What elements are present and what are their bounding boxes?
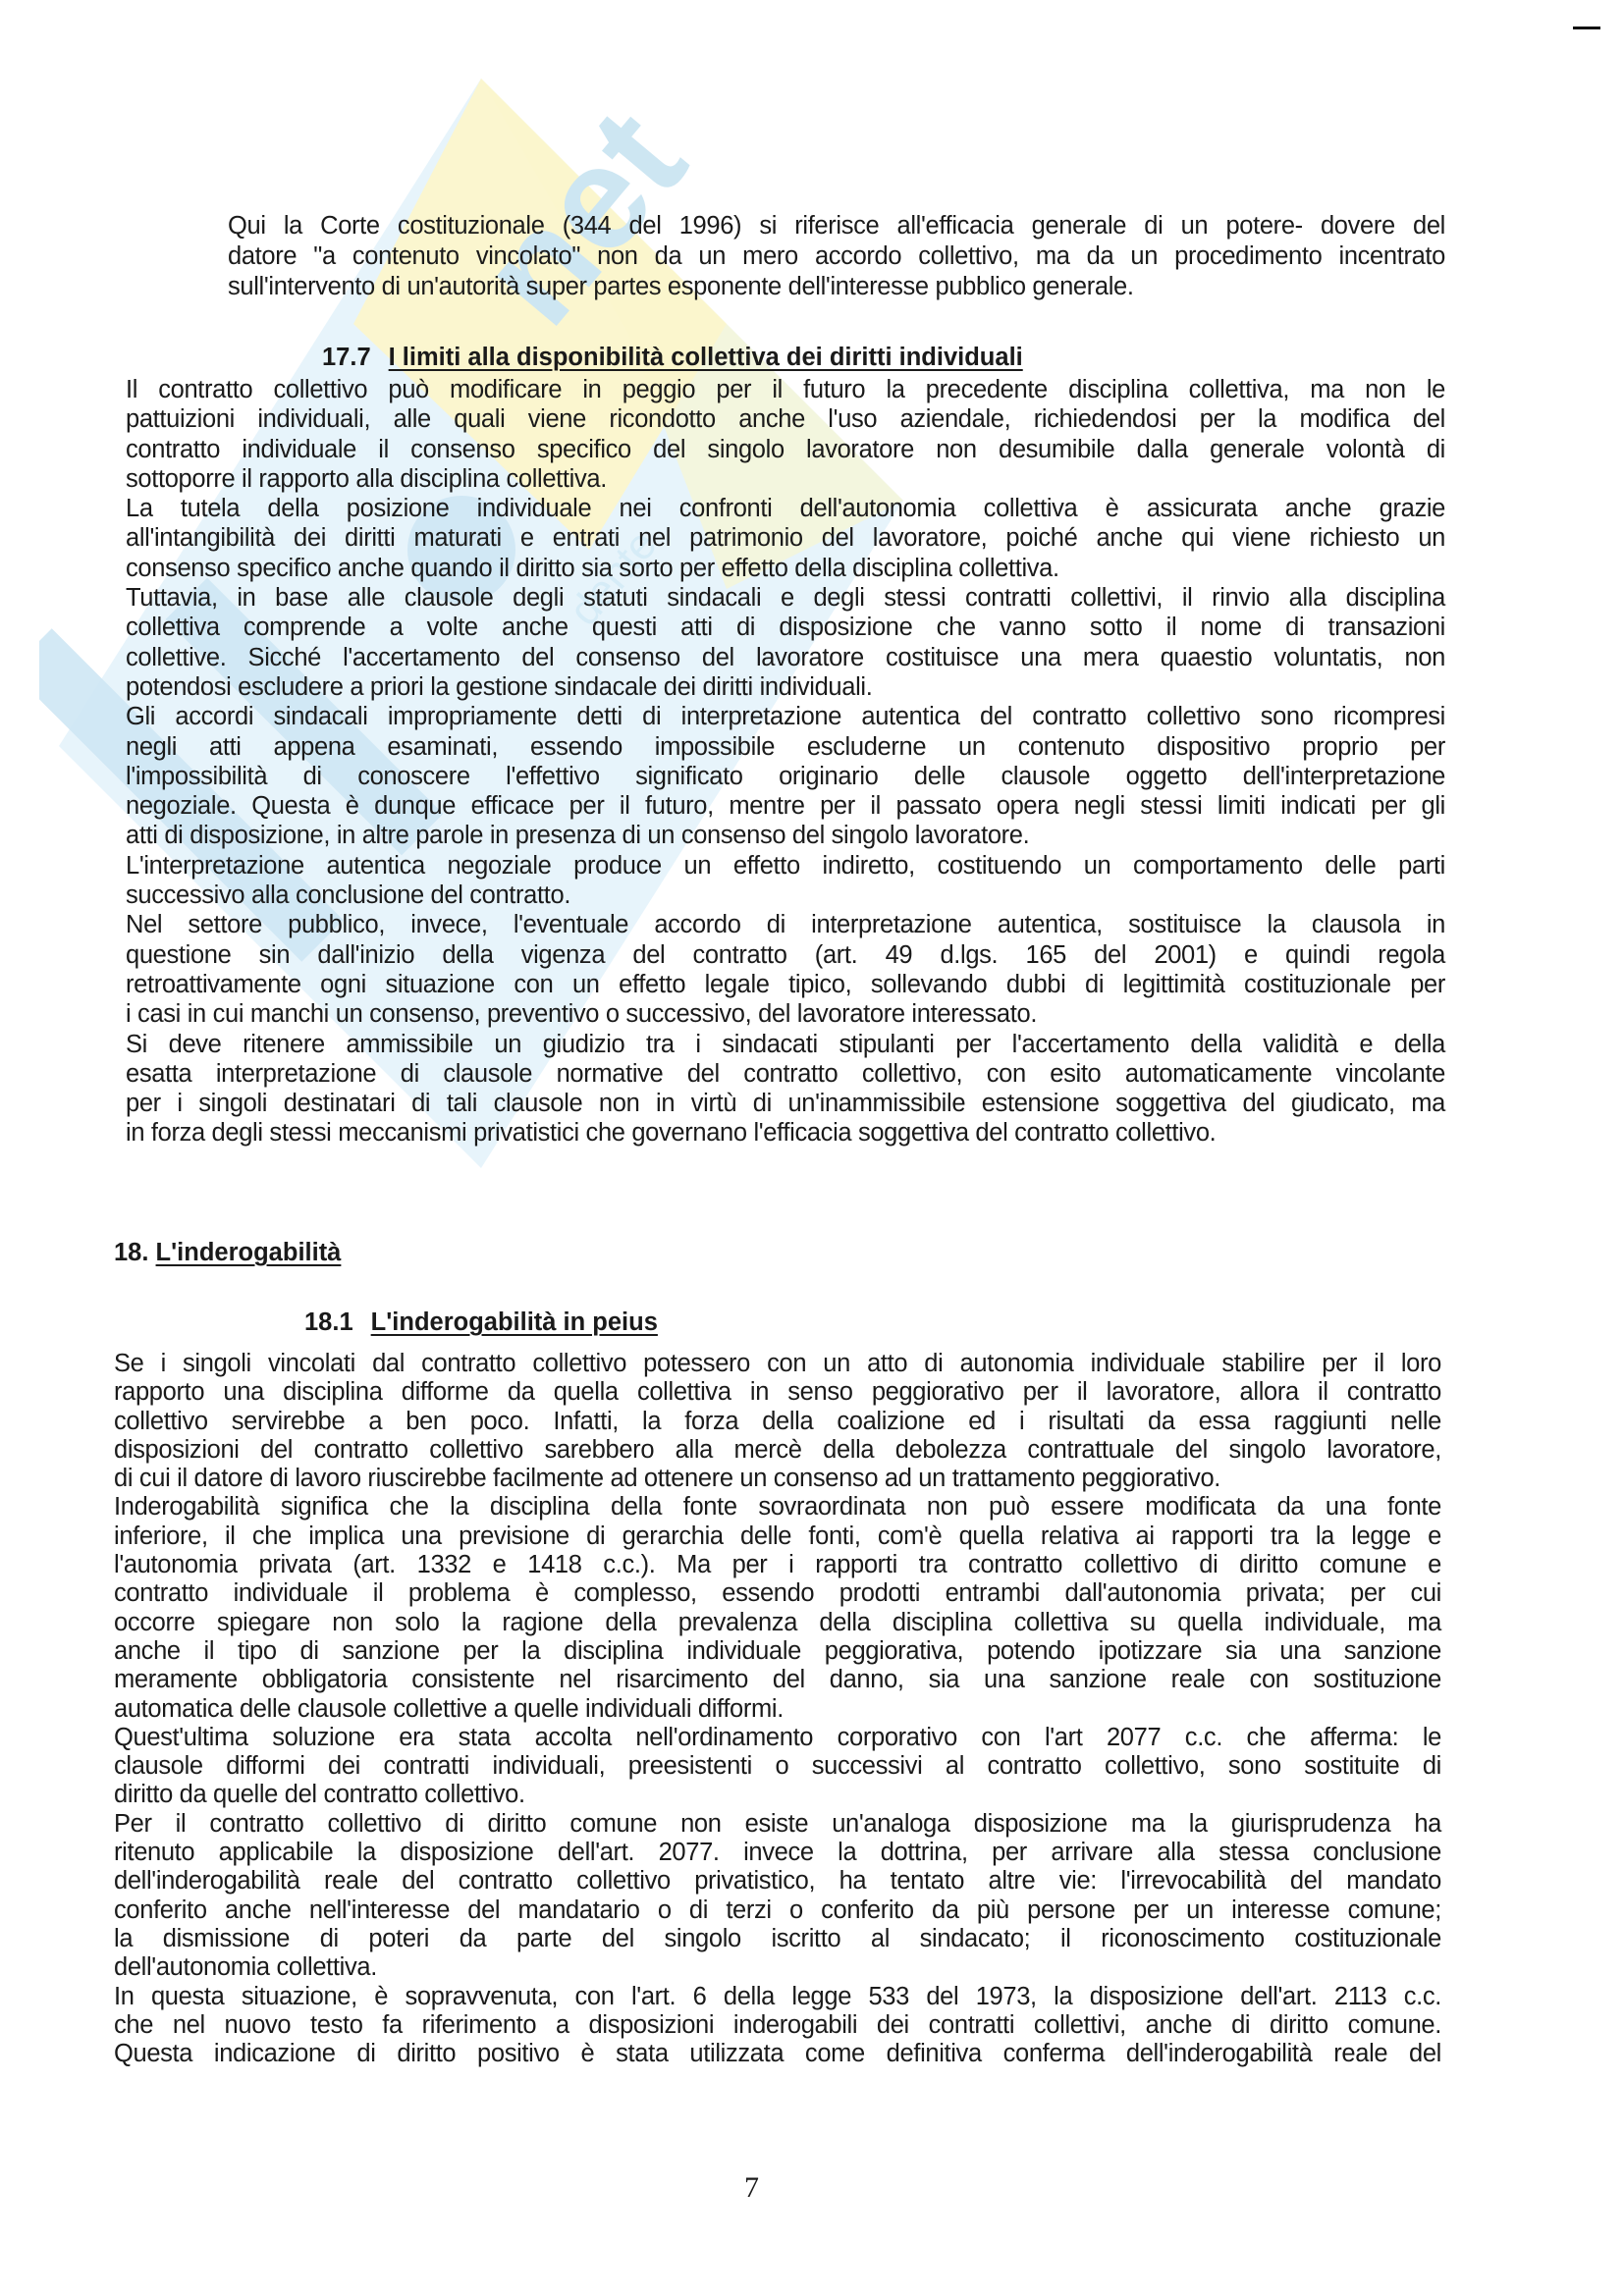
paragraph: Se i singoli vincolati dal contratto col… — [114, 1350, 1441, 1493]
section-18-heading: 18. L'inderogabilità — [114, 1239, 341, 1267]
text-line: L'interpretazione autentica negoziale pr… — [126, 851, 1445, 881]
text-line: meramente obbligatoria consistente nel r… — [114, 1666, 1441, 1694]
paragraph: Inderogabilità significa che la discipli… — [114, 1493, 1441, 1723]
text-line: atti di disposizione, in altre parole in… — [126, 821, 1445, 850]
text-line: rapporto una disciplina difforme da quel… — [114, 1378, 1441, 1407]
text-line: diritto da quelle del contratto colletti… — [114, 1781, 1441, 1809]
text-line: Per il contratto collettivo di diritto c… — [114, 1810, 1441, 1839]
page-edge-mark — [1573, 27, 1600, 29]
paragraph: Quest'ultima soluzione era stata accolta… — [114, 1724, 1441, 1810]
text-line: disposizioni del contratto collettivo sa… — [114, 1436, 1441, 1465]
text-line: Tuttavia, in base alle clausole degli st… — [126, 583, 1445, 613]
text-line: successivo alla conclusione del contratt… — [126, 881, 1445, 910]
section-title: L'inderogabilità in peius — [371, 1308, 658, 1336]
text-line: consenso specifico anche quando il dirit… — [126, 554, 1445, 583]
paragraph: Tuttavia, in base alle clausole degli st… — [126, 583, 1445, 702]
paragraph: In questa situazione, è sopravvenuta, co… — [114, 1983, 1441, 2069]
text-line: datore "a contenuto vincolato" non da un… — [228, 241, 1445, 272]
paragraph: Nel settore pubblico, invece, l'eventual… — [126, 910, 1445, 1029]
section-title: L'inderogabilità — [156, 1239, 342, 1266]
page-number: 7 — [744, 2171, 759, 2205]
section-number: 18. — [114, 1239, 148, 1266]
text-line: l'impossibilità di conoscere l'effettivo… — [126, 762, 1445, 791]
text-line: negoziale. Questa è dunque efficace per … — [126, 791, 1445, 821]
text-line: pattuizioni individuali, alle quali vien… — [126, 404, 1445, 434]
intro-paragraph: Qui la Corte costituzionale (344 del 199… — [228, 211, 1445, 302]
text-line: Si deve ritenere ammissibile un giudizio… — [126, 1030, 1445, 1059]
text-line: collettivo servirebbe a ben poco. Infatt… — [114, 1408, 1441, 1436]
text-line: contratto individuale il consenso specif… — [126, 435, 1445, 464]
text-line: anche il tipo di sanzione per la discipl… — [114, 1637, 1441, 1666]
text-line: negli atti appena esaminati, essendo imp… — [126, 732, 1445, 762]
text-line: potendosi escludere a priori la gestione… — [126, 672, 1445, 702]
text-line: questione sin dall'inizio della vigenza … — [126, 940, 1445, 970]
text-line: Il contratto collettivo può modificare i… — [126, 375, 1445, 404]
text-line: di cui il datore di lavoro riuscirebbe f… — [114, 1465, 1441, 1493]
section-number: 18.1 — [304, 1308, 353, 1337]
text-line: Se i singoli vincolati dal contratto col… — [114, 1350, 1441, 1378]
text-line: collettive. Sicché l'accertamento del co… — [126, 643, 1445, 672]
text-line: Inderogabilità significa che la discipli… — [114, 1493, 1441, 1522]
section-17-7-body: Il contratto collettivo può modificare i… — [126, 375, 1445, 1148]
text-line: sull'intervento di un'autorità super par… — [228, 272, 1445, 302]
section-title: I limiti alla disponibilità collettiva d… — [389, 344, 1023, 371]
paragraph: Si deve ritenere ammissibile un giudizio… — [126, 1030, 1445, 1148]
text-line: sottoporre il rapporto alla disciplina c… — [126, 464, 1445, 494]
text-line: Nel settore pubblico, invece, l'eventual… — [126, 910, 1445, 939]
text-line: dell'autonomia collettiva. — [114, 1953, 1441, 1982]
section-17-7-heading: 17.7I limiti alla disponibilità colletti… — [322, 344, 1023, 372]
text-line: contratto individuale il problema è comp… — [114, 1579, 1441, 1608]
text-line: all'intangibilità dei diritti maturati e… — [126, 523, 1445, 553]
text-line: ritenuto applicabile la disposizione del… — [114, 1839, 1441, 1867]
text-line: collettiva comprende a volte anche quest… — [126, 613, 1445, 642]
text-line: per i singoli destinatari di tali clauso… — [126, 1089, 1445, 1118]
text-line: l'autonomia privata (art. 1332 e 1418 c.… — [114, 1551, 1441, 1579]
text-line: Qui la Corte costituzionale (344 del 199… — [228, 211, 1445, 241]
text-line: clausole difformi dei contratti individu… — [114, 1752, 1441, 1781]
text-line: la dismissione di poteri da parte del si… — [114, 1925, 1441, 1953]
text-line: occorre spiegare non solo la ragione del… — [114, 1609, 1441, 1637]
section-18-1-heading: 18.1L'inderogabilità in peius — [304, 1308, 658, 1337]
paragraph: Gli accordi sindacali impropriamente det… — [126, 702, 1445, 850]
text-line: in forza degli stessi meccanismi privati… — [126, 1118, 1445, 1148]
text-line: La tutela della posizione individuale ne… — [126, 494, 1445, 523]
text-line: esatta interpretazione di clausole norma… — [126, 1059, 1445, 1089]
section-18-1-body: Se i singoli vincolati dal contratto col… — [114, 1350, 1441, 2068]
paragraph: Per il contratto collettivo di diritto c… — [114, 1810, 1441, 1983]
paragraph: L'interpretazione autentica negoziale pr… — [126, 851, 1445, 911]
text-line: che nel nuovo testo fa riferimento a dis… — [114, 2011, 1441, 2040]
text-line: In questa situazione, è sopravvenuta, co… — [114, 1983, 1441, 2011]
paragraph: La tutela della posizione individuale ne… — [126, 494, 1445, 583]
paragraph: Il contratto collettivo può modificare i… — [126, 375, 1445, 494]
text-line: retroattivamente ogni situazione con un … — [126, 970, 1445, 999]
text-line: i casi in cui manchi un consenso, preven… — [126, 999, 1445, 1029]
text-line: conferito anche nell'interesse del manda… — [114, 1896, 1441, 1925]
text-line: dell'inderogabilità reale del contratto … — [114, 1867, 1441, 1896]
text-line: Gli accordi sindacali impropriamente det… — [126, 702, 1445, 731]
text-line: Questa indicazione di diritto positivo è… — [114, 2040, 1441, 2068]
text-line: automatica delle clausole collettive a q… — [114, 1695, 1441, 1724]
section-number: 17.7 — [322, 344, 371, 372]
text-line: Quest'ultima soluzione era stata accolta… — [114, 1724, 1441, 1752]
text-line: inferiore, il che implica una previsione… — [114, 1522, 1441, 1551]
